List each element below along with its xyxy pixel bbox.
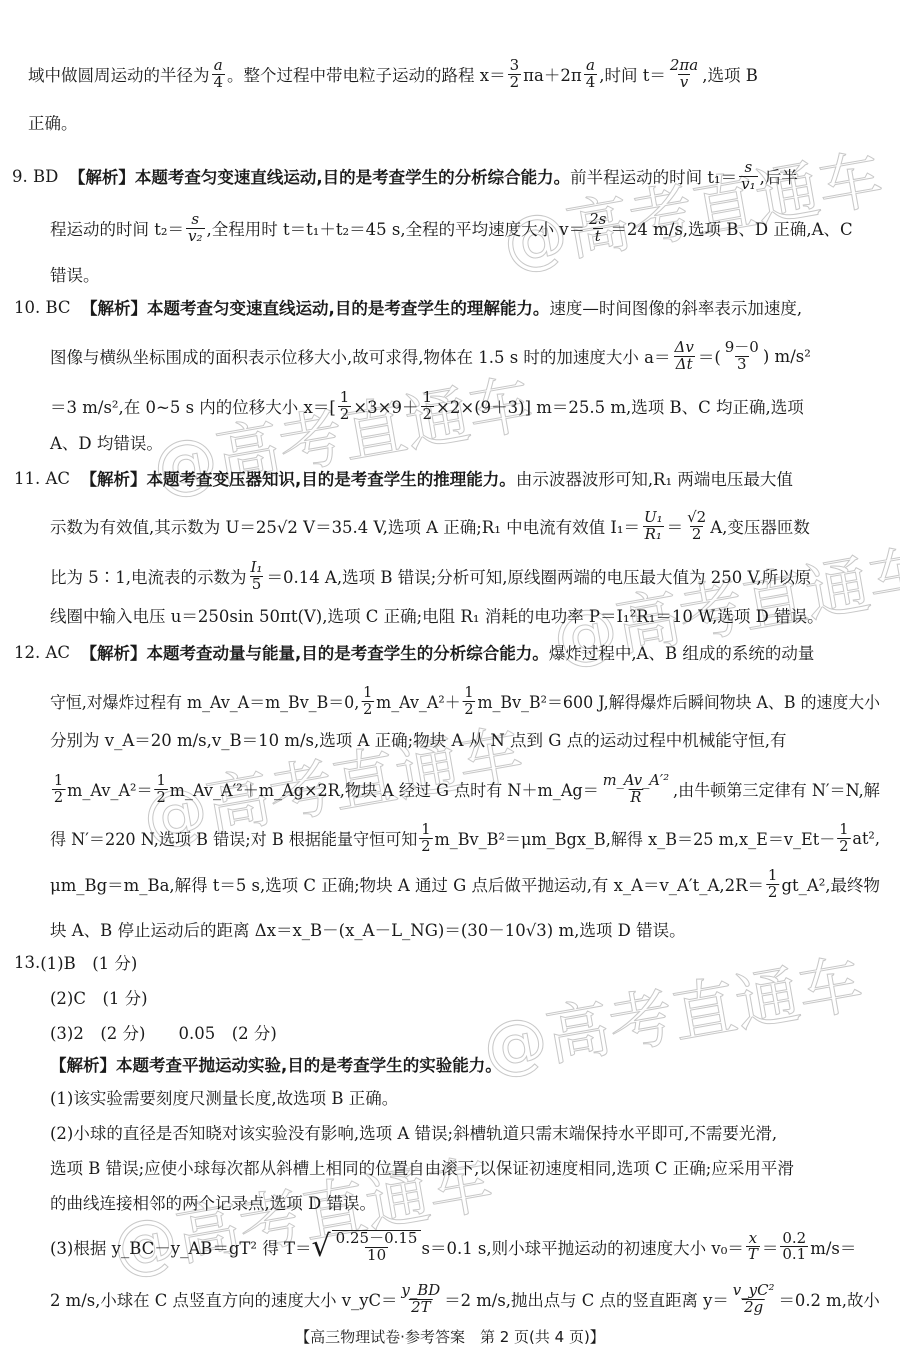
text: 正确。 — [28, 110, 78, 134]
text: m_Av_A′²＋m_Ag×2R,物块 A 经过 G 点时有 N＋m_Ag＝ — [170, 777, 599, 801]
fraction: 2πav — [668, 58, 700, 91]
paragraph-line: 域中做圆周运动的半径为 a4 。整个过程中带电粒子运动的路程 x＝ 32 πa＋… — [28, 58, 758, 91]
fraction: I₁5 — [249, 560, 265, 593]
paragraph-line: A、D 均错误。 — [50, 430, 163, 454]
text: ＝3 m/s²,在 0~5 s 内的位移大小 x＝[ — [50, 394, 336, 418]
analysis-heading: 【解析】本题考查平抛运动实验,目的是考查学生的实验能力。 — [50, 1052, 502, 1076]
fraction: 0.20.1 — [780, 1231, 808, 1264]
text: ,后半 — [760, 164, 798, 188]
text: ) m/s² — [763, 347, 811, 366]
text: 错误。 — [50, 262, 100, 286]
fraction: U₁R₁ — [642, 510, 665, 543]
text: 的曲线连接相邻的两个记录点,选项 D 错误。 — [50, 1190, 376, 1214]
question-number: 12. AC — [14, 643, 70, 662]
fraction: xT — [746, 1231, 760, 1264]
text: ×2×(9＋3)] m＝25.5 m,选项 B、C 均正确,选项 — [436, 394, 804, 418]
text: ＝2 m/s,抛出点与 C 点的竖直距离 y＝ — [444, 1287, 729, 1311]
paragraph-line: 程运动的时间 t₂＝ sv₂ ,全程用时 t＝t₁＋t₂＝45 s,全程的平均速… — [50, 212, 853, 245]
paragraph-line: ＝3 m/s²,在 0~5 s 内的位移大小 x＝[ 12 ×3×9＋ 12 ×… — [50, 390, 804, 423]
text: ,选项 B — [702, 62, 758, 86]
text: μm_Bg＝m_Ba,解得 t＝5 s,选项 C 正确;物块 A 通过 G 点后… — [50, 872, 764, 896]
text: 程运动的时间 t₂＝ — [50, 216, 184, 240]
fraction: m_Av_A′²R — [601, 773, 671, 806]
fraction: 12 — [52, 773, 65, 806]
analysis-tag: 【解析】本题考查匀变速直线运动,目的是考查学生的分析综合能力。 — [69, 164, 570, 188]
paragraph-line: 示数为有效值,其示数为 U＝25√2 V＝35.4 V,选项 A 正确;R₁ 中… — [50, 510, 810, 543]
text: ＝0.14 A,选项 B 错误;分析可知,原线圈两端的电压最大值为 250 V,… — [266, 564, 811, 588]
fraction: √22 — [685, 510, 708, 543]
fraction: a4 — [212, 58, 226, 91]
text: 守恒,对爆炸过程有 m_Av_A＝m_Bv_B＝0, — [50, 689, 359, 713]
question-9: 9. BD 【解析】本题考查匀变速直线运动,目的是考查学生的分析综合能力。 前半… — [12, 160, 798, 193]
text: (1)该实验需要刻度尺测量长度,故选项 B 正确。 — [50, 1085, 398, 1109]
fraction: 9－03 — [723, 340, 761, 373]
text: 爆炸过程中,A、B 组成的系统的动量 — [549, 640, 815, 664]
text: (3)2 (2 分) 0.05 (2 分) — [50, 1020, 277, 1044]
text: A、D 均错误。 — [50, 430, 163, 454]
text: ,全程用时 t＝t₁＋t₂＝45 s,全程的平均速度大小 v＝ — [207, 216, 586, 240]
watermark: @高考直通车 — [475, 932, 869, 1089]
paragraph-line: 线圈中输入电压 u＝250sin 50πt(V),选项 C 正确;电阻 R₁ 消… — [50, 603, 824, 627]
text: 速度—时间图像的斜率表示加速度, — [549, 295, 802, 319]
text: 示数为有效值,其示数为 U＝25√2 V＝35.4 V,选项 A 正确;R₁ 中… — [50, 514, 640, 538]
question-number: 10. BC — [14, 298, 71, 317]
answer-part-3: (3)2 (2 分) 0.05 (2 分) — [50, 1020, 277, 1044]
paragraph-line: 选项 B 错误;应使小球每次都从斜槽上相同的位置自由滚下,以保证初速度相同,选项… — [50, 1155, 794, 1179]
text: ＝( — [698, 344, 721, 368]
text: gt_A²,最终物 — [781, 872, 879, 896]
analysis-tag: 【解析】本题考查平抛运动实验,目的是考查学生的实验能力。 — [50, 1052, 502, 1076]
text: ＝ — [762, 1235, 779, 1259]
paragraph-line: 12 m_Av_A²＝ 12 m_Av_A′²＋m_Ag×2R,物块 A 经过 … — [50, 773, 880, 806]
text: ×3×9＋ — [353, 394, 418, 418]
fraction: 12 — [421, 390, 435, 423]
paragraph-line: 正确。 — [28, 110, 78, 134]
text: m/s＝ — [810, 1235, 856, 1259]
text: 。整个过程中带电粒子运动的路程 x＝ — [227, 62, 506, 86]
text: at², — [852, 829, 880, 848]
text: 2 m/s,小球在 C 点竖直方向的速度大小 v_yC＝ — [50, 1287, 397, 1311]
text: m_Bv_B²＝μm_Bgx_B,解得 x_B＝25 m,x_E＝v_Et－ — [434, 826, 835, 850]
text: m_Bv_B²＝600 J,解得爆炸后瞬间物块 A、B 的速度大小 — [477, 689, 879, 713]
paragraph-line: 图像与横纵坐标围成的面积表示位移大小,故可求得,物体在 1.5 s 时的加速度大… — [50, 340, 811, 373]
text: ,时间 t＝ — [599, 62, 666, 86]
question-number: 11. AC — [14, 469, 70, 488]
text: 由示波器波形可知,R₁ 两端电压最大值 — [516, 466, 793, 490]
text: ＝24 m/s,选项 B、D 正确,A、C — [610, 216, 852, 240]
text: 块 A、B 停止运动后的距离 Δx＝x_B－(x_A－L_NG)＝(30－10√… — [50, 917, 686, 941]
text: 比为 5∶1,电流表的示数为 — [50, 564, 247, 588]
fraction: a4 — [584, 58, 598, 91]
answer-part-2: (2)C (1 分) — [50, 985, 148, 1009]
paragraph-line: (3)根据 y_BC－y_AB＝gT² 得 T＝ √0.25－0.1510 s＝… — [50, 1230, 856, 1264]
fraction: 12 — [338, 390, 352, 423]
text: 分别为 v_A＝20 m/s,v_B＝10 m/s,选项 A 正确;物块 A 从… — [50, 727, 786, 751]
analysis-tag: 【解析】本题考查匀变速直线运动,目的是考查学生的理解能力。 — [81, 295, 549, 319]
question-number: 9. BD — [12, 167, 58, 186]
fraction: sv₂ — [186, 212, 205, 245]
question-number: 13. — [14, 953, 40, 972]
text: (3)根据 y_BC－y_AB＝gT² 得 T＝ — [50, 1235, 312, 1259]
fraction: y_BD2T — [399, 1283, 442, 1316]
text: m_Av_A²＝ — [67, 777, 152, 801]
fraction: 2st — [587, 212, 608, 245]
text: 域中做圆周运动的半径为 — [28, 62, 210, 86]
question-12: 12. AC 【解析】本题考查动量与能量,目的是考查学生的分析综合能力。 爆炸过… — [14, 640, 814, 664]
paragraph-line: 2 m/s,小球在 C 点竖直方向的速度大小 v_yC＝ y_BD2T ＝2 m… — [50, 1283, 880, 1316]
text: A,变压器匝数 — [710, 514, 810, 538]
paragraph-line: 分别为 v_A＝20 m/s,v_B＝10 m/s,选项 A 正确;物块 A 从… — [50, 727, 786, 751]
square-root: √0.25－0.1510 — [312, 1230, 422, 1264]
fraction: 32 — [508, 58, 522, 91]
answer-part-1: (1)B (1 分) — [40, 950, 137, 974]
text: s＝0.1 s,则小球平抛运动的初速度大小 v₀＝ — [421, 1235, 743, 1259]
text: πa＋2π — [523, 62, 582, 86]
paragraph-line: (1)该实验需要刻度尺测量长度,故选项 B 正确。 — [50, 1085, 398, 1109]
text: m_Av_A²＋ — [376, 689, 460, 713]
watermark: @高考直通车 — [495, 127, 889, 284]
text: ＝ — [667, 514, 684, 538]
fraction: 12 — [361, 685, 374, 718]
question-13: 13. (1)B (1 分) — [14, 950, 137, 974]
page-footer: 【高三物理试卷·参考答案 第 2 页(共 4 页)】 — [0, 1326, 900, 1347]
fraction: ΔvΔt — [673, 340, 696, 373]
question-10: 10. BC 【解析】本题考查匀变速直线运动,目的是考查学生的理解能力。 速度—… — [14, 295, 802, 319]
fraction: sv₁ — [739, 160, 758, 193]
paragraph-line: 比为 5∶1,电流表的示数为 I₁5 ＝0.14 A,选项 B 错误;分析可知,… — [50, 560, 811, 593]
paragraph-line: 的曲线连接相邻的两个记录点,选项 D 错误。 — [50, 1190, 376, 1214]
text: 选项 B 错误;应使小球每次都从斜槽上相同的位置自由滚下,以保证初速度相同,选项… — [50, 1155, 794, 1179]
text: ,由牛顿第三定律有 N′＝N,解 — [673, 777, 880, 801]
paragraph-line: 块 A、B 停止运动后的距离 Δx＝x_B－(x_A－L_NG)＝(30－10√… — [50, 917, 686, 941]
question-11: 11. AC 【解析】本题考查变压器知识,目的是考查学生的推理能力。 由示波器波… — [14, 466, 793, 490]
text: (2)C (1 分) — [50, 985, 148, 1009]
paragraph-line: μm_Bg＝m_Ba,解得 t＝5 s,选项 C 正确;物块 A 通过 G 点后… — [50, 868, 880, 901]
fraction: 12 — [462, 685, 475, 718]
fraction: v_yC²2g — [731, 1283, 777, 1316]
text: 图像与横纵坐标围成的面积表示位移大小,故可求得,物体在 1.5 s 时的加速度大… — [50, 344, 671, 368]
fraction: 12 — [155, 773, 168, 806]
paragraph-line: 得 N′＝220 N,选项 B 错误;对 B 根据能量守恒可知 12 m_Bv_… — [50, 822, 880, 855]
paragraph-line: (2)小球的直径是否知晓对该实验没有影响,选项 A 错误;斜槽轨道只需末端保持水… — [50, 1120, 777, 1144]
text: 得 N′＝220 N,选项 B 错误;对 B 根据能量守恒可知 — [50, 826, 417, 850]
text: 线圈中输入电压 u＝250sin 50πt(V),选项 C 正确;电阻 R₁ 消… — [50, 603, 824, 627]
paragraph-line: 错误。 — [50, 262, 100, 286]
analysis-tag: 【解析】本题考查变压器知识,目的是考查学生的推理能力。 — [81, 466, 516, 490]
text: ＝0.2 m,故小 — [778, 1287, 879, 1311]
fraction: 12 — [766, 868, 780, 901]
fraction: 12 — [419, 822, 432, 855]
fraction: 12 — [837, 822, 850, 855]
analysis-tag: 【解析】本题考查动量与能量,目的是考查学生的分析综合能力。 — [81, 640, 549, 664]
paragraph-line: 守恒,对爆炸过程有 m_Av_A＝m_Bv_B＝0, 12 m_Av_A²＋ 1… — [50, 685, 880, 718]
text: 前半程运动的时间 t₁＝ — [570, 164, 737, 188]
text: (2)小球的直径是否知晓对该实验没有影响,选项 A 错误;斜槽轨道只需末端保持水… — [50, 1120, 777, 1144]
